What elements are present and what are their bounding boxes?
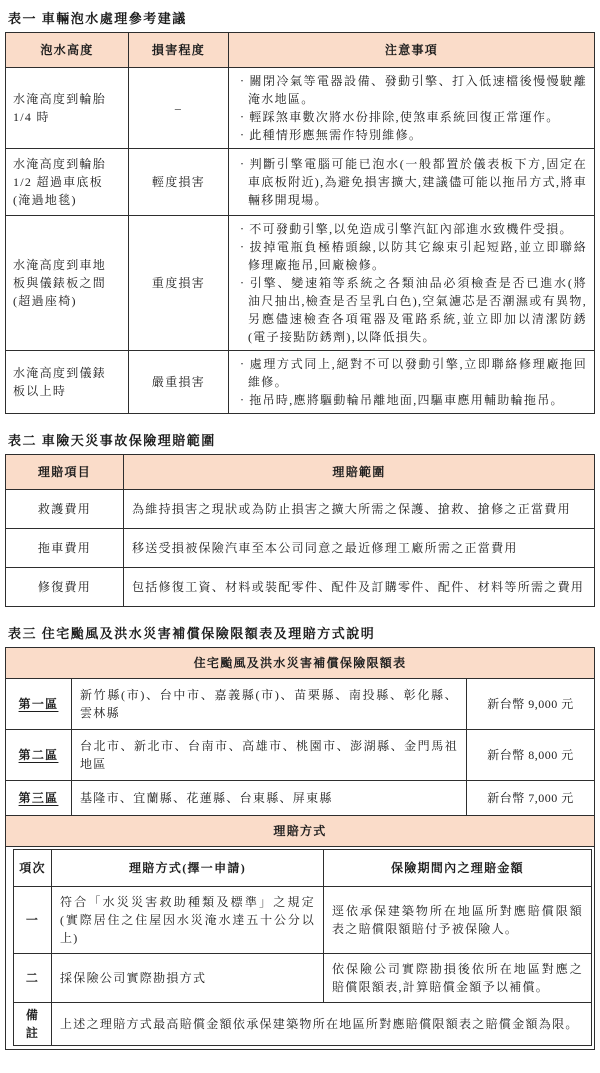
damage-level-cell: 嚴重損害 [129,351,229,414]
table-row: 第三區 基隆市、宜蘭縣、花蓮縣、台東縣、屏東縣 新台幣 7,000 元 [6,781,595,816]
claim-index-cell: 二 [14,954,52,1003]
zone-amount-cell: 新台幣 7,000 元 [467,781,595,816]
zone-label-cell: 第二區 [6,730,72,781]
damage-level-cell: 輕度損害 [129,149,229,216]
table2-header-row: 理賠項目 理賠範圍 [6,455,595,490]
zone-label: 第一區 [19,697,59,711]
note-item: ‧處理方式同上,絕對不可以發動引擎,立即聯絡修理廠拖回維修。 [236,355,587,391]
table3-typhoon-flood-limits: 住宅颱風及洪水災害補償保險限額表 第一區 新竹縣(市)、台中市、嘉義縣(市)、苗… [5,647,595,1050]
table1-header-damage: 損害程度 [129,33,229,68]
claims-header-amount: 保險期間內之理賠金額 [324,850,592,887]
table-row: 修復費用 包括修復工資、材料或裝配零件、配件及訂購零件、配件、材料等所需之費用 [6,568,595,607]
table2-title: 表二 車險天災事故保險理賠範圍 [8,430,595,449]
table2-header-item: 理賠項目 [6,455,124,490]
damage-level-cell: 重度損害 [129,216,229,351]
table3-title: 表三 住宅颱風及洪水災害補償保險限額表及理賠方式說明 [8,623,595,642]
zone-label-cell: 第三區 [6,781,72,816]
note-item: ‧輕踩煞車數次將水份排除,使煞車系統回復正常運作。 [236,108,587,126]
table2-claim-scope: 理賠項目 理賠範圍 救護費用 為維持損害之現狀或為防止損害之擴大所需之保護、搶救… [5,454,595,607]
flood-height-cell: 水淹高度到車地 板與儀錶板之間 (超過座椅) [6,216,129,351]
claim-amount-cell: 依保險公司實際勘損後依所在地區對應之賠償限額表,計算賠償金額予以補償。 [324,954,592,1003]
zone-label-cell: 第一區 [6,679,72,730]
notes-cell: ‧關閉冷氣等電器設備、發動引擎、打入低速檔後慢慢駛離淹水地區。 ‧輕踩煞車數次將… [229,68,595,149]
zone-regions-cell: 新竹縣(市)、台中市、嘉義縣(市)、苗栗縣、南投縣、彰化縣、雲林縣 [72,679,467,730]
table1-header-notes: 注意事項 [229,33,595,68]
zone-amount-cell: 新台幣 8,000 元 [467,730,595,781]
document-page: 表一 車輛泡水處理參考建議 泡水高度 損害程度 注意事項 水淹高度到輪胎 1/4… [0,0,600,1056]
claim-item-cell: 救護費用 [6,490,124,529]
table-row: 水淹高度到輪胎 1/2 超過車底板 (淹過地毯) 輕度損害 ‧判斷引擎電腦可能已… [6,149,595,216]
claim-scope-cell: 移送受損被保險汽車至本公司同意之最近修理工廠所需之正當費用 [124,529,595,568]
claims-note-label: 備註 [14,1003,52,1046]
claim-scope-cell: 為維持損害之現狀或為防止損害之擴大所需之保護、搶救、搶修之正當費用 [124,490,595,529]
table1-header-row: 泡水高度 損害程度 注意事項 [6,33,595,68]
claims-header-row: 項次 理賠方式(擇一申請) 保險期間內之理賠金額 [14,850,592,887]
table-row: 救護費用 為維持損害之現狀或為防止損害之擴大所需之保護、搶救、搶修之正當費用 [6,490,595,529]
zone-regions-cell: 基隆市、宜蘭縣、花蓮縣、台東縣、屏東縣 [72,781,467,816]
claim-scope-cell: 包括修復工資、材料或裝配零件、配件及訂購零件、配件、材料等所需之費用 [124,568,595,607]
claims-section-header-row: 理賠方式 [6,816,595,847]
claim-method-cell: 符合「水災災害救助種類及標準」之規定(實際居住之住屋因水災淹水達五十公分以上) [52,887,324,954]
limit-section-header-row: 住宅颱風及洪水災害補償保險限額表 [6,648,595,679]
zone-amount-cell: 新台幣 9,000 元 [467,679,595,730]
table-row: 拖車費用 移送受損被保險汽車至本公司同意之最近修理工廠所需之正當費用 [6,529,595,568]
table-row: 水淹高度到車地 板與儀錶板之間 (超過座椅) 重度損害 ‧不可發動引擎,以免造成… [6,216,595,351]
note-item: ‧引擎、變速箱等系統之各類油品必須檢查是否已進水(將油尺抽出,檢查是否呈乳白色)… [236,274,587,346]
table1-header-height: 泡水高度 [6,33,129,68]
claims-note-row: 備註 上述之理賠方式最高賠償金額依承保建築物所在地區所對應賠償限額表之賠償金額為… [14,1003,592,1046]
flood-height-cell: 水淹高度到儀錶 板以上時 [6,351,129,414]
table-row: 二 採保險公司實際勘損方式 依保險公司實際勘損後依所在地區對應之賠償限額表,計算… [14,954,592,1003]
claim-index-cell: 一 [14,887,52,954]
zone-label: 第二區 [19,748,59,762]
zone-label: 第三區 [19,791,59,805]
table-row: 一 符合「水災災害救助種類及標準」之規定(實際居住之住屋因水災淹水達五十公分以上… [14,887,592,954]
note-item: ‧拖吊時,應將驅動輪吊離地面,四驅車應用輔助輪拖吊。 [236,391,587,409]
claims-header-method: 理賠方式(擇一申請) [52,850,324,887]
note-item: ‧拔掉電瓶負極樁頭線,以防其它線束引起短路,並立即聯絡修理廠拖吊,回廠檢修。 [236,238,587,274]
note-item: ‧關閉冷氣等電器設備、發動引擎、打入低速檔後慢慢駛離淹水地區。 [236,72,587,108]
table2-header-scope: 理賠範圍 [124,455,595,490]
note-item: ‧判斷引擎電腦可能已泡水(一般都置於儀表板下方,固定在車底板附近),為避免損害擴… [236,155,587,209]
claims-method-table: 項次 理賠方式(擇一申請) 保險期間內之理賠金額 一 符合「水災災害救助種類及標… [13,849,592,1046]
table-row: 水淹高度到輪胎 1/4 時 – ‧關閉冷氣等電器設備、發動引擎、打入低速檔後慢慢… [6,68,595,149]
table1-title: 表一 車輛泡水處理參考建議 [8,8,595,27]
claims-table-wrapper: 項次 理賠方式(擇一申請) 保險期間內之理賠金額 一 符合「水災災害救助種類及標… [6,847,595,1050]
table-row: 第二區 台北市、新北市、台南市、高雄市、桃園市、澎湖縣、金門馬祖地區 新台幣 8… [6,730,595,781]
flood-height-cell: 水淹高度到輪胎 1/2 超過車底板 (淹過地毯) [6,149,129,216]
claims-note-text: 上述之理賠方式最高賠償金額依承保建築物所在地區所對應賠償限額表之賠償金額為限。 [52,1003,592,1046]
claim-amount-cell: 逕依承保建築物所在地區所對應賠償限額表之賠償限額賠付予被保險人。 [324,887,592,954]
claims-nested-row: 項次 理賠方式(擇一申請) 保險期間內之理賠金額 一 符合「水災災害救助種類及標… [6,847,595,1050]
note-item: ‧不可發動引擎,以免造成引擎汽缸內部進水致機件受損。 [236,220,587,238]
table-row: 水淹高度到儀錶 板以上時 嚴重損害 ‧處理方式同上,絕對不可以發動引擎,立即聯絡… [6,351,595,414]
damage-level-cell: – [129,68,229,149]
claim-item-cell: 修復費用 [6,568,124,607]
notes-cell: ‧判斷引擎電腦可能已泡水(一般都置於儀表板下方,固定在車底板附近),為避免損害擴… [229,149,595,216]
claim-item-cell: 拖車費用 [6,529,124,568]
claim-method-cell: 採保險公司實際勘損方式 [52,954,324,1003]
note-item: ‧此種情形應無需作特別維修。 [236,126,587,144]
table-row: 第一區 新竹縣(市)、台中市、嘉義縣(市)、苗栗縣、南投縣、彰化縣、雲林縣 新台… [6,679,595,730]
limit-section-header: 住宅颱風及洪水災害補償保險限額表 [6,648,595,679]
flood-height-cell: 水淹高度到輪胎 1/4 時 [6,68,129,149]
notes-cell: ‧不可發動引擎,以免造成引擎汽缸內部進水致機件受損。 ‧拔掉電瓶負極樁頭線,以防… [229,216,595,351]
notes-cell: ‧處理方式同上,絕對不可以發動引擎,立即聯絡修理廠拖回維修。 ‧拖吊時,應將驅動… [229,351,595,414]
zone-regions-cell: 台北市、新北市、台南市、高雄市、桃園市、澎湖縣、金門馬祖地區 [72,730,467,781]
claims-header-index: 項次 [14,850,52,887]
table1-flood-handling: 泡水高度 損害程度 注意事項 水淹高度到輪胎 1/4 時 – ‧關閉冷氣等電器設… [5,32,595,414]
claims-section-header: 理賠方式 [6,816,595,847]
